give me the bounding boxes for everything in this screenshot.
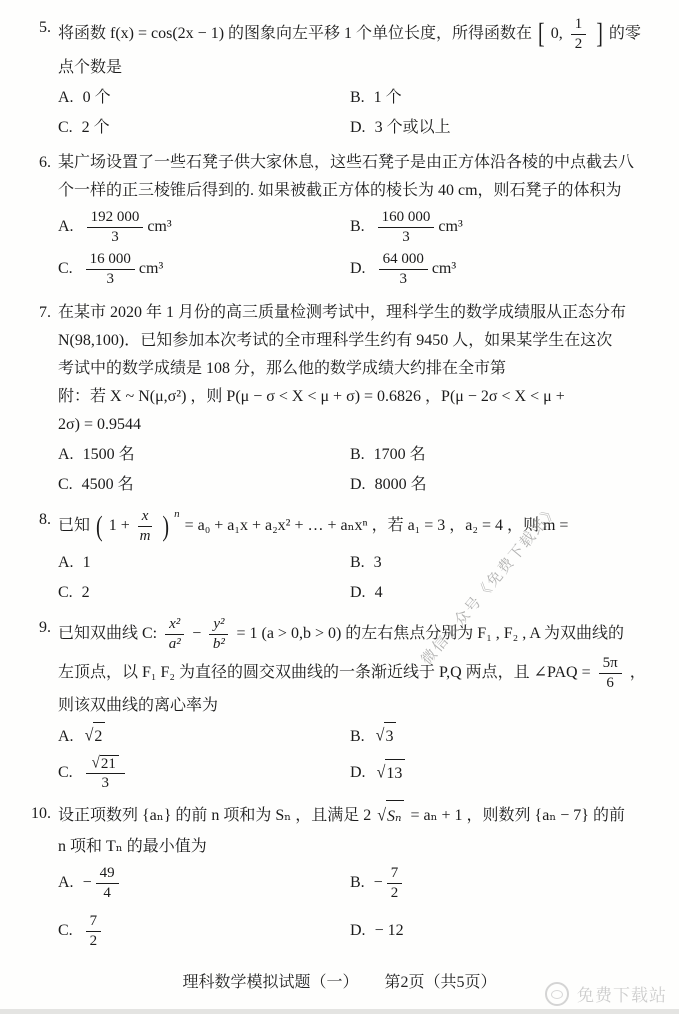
option-label: A. (58, 207, 74, 247)
fraction-numerator: 64 000 (379, 251, 428, 270)
fraction: 72 (86, 913, 102, 950)
question-text: 的零 (609, 25, 641, 42)
option-label: B. (350, 863, 365, 903)
question-8: 8. 已知 ( 1 + xm ) n = a₀ + a₁x + a₂x² + …… (24, 506, 663, 607)
option-label: A. (58, 441, 74, 469)
option-label: B. (350, 84, 365, 112)
option-unit: cm³ (432, 249, 456, 289)
question-text-line: 附：若 X ~ N(μ,σ²) ，则 P(μ − σ < X < μ + σ) … (58, 383, 663, 411)
fraction-numerator: 1 (571, 16, 587, 35)
option-label: C. (58, 471, 73, 499)
question-text: 设正项数列 {aₙ} 的前 n 项和为 Sₙ ，且满足 2 (58, 808, 371, 825)
fraction-numerator: 49 (96, 865, 119, 884)
option-text: 2 (82, 579, 90, 607)
interval-left: 0, (551, 25, 563, 42)
option-text: 1 个 (374, 84, 402, 112)
fraction-numerator: 7 (387, 865, 403, 884)
option-text: 8000 名 (375, 471, 427, 499)
radicand: 21 (100, 755, 119, 773)
option-c: C.4500 名 (58, 471, 350, 499)
fraction-denominator: 2 (575, 35, 583, 53)
fraction: √213 (86, 755, 125, 793)
fraction: y²b² (209, 616, 228, 653)
radical-sign: √ (376, 721, 385, 751)
download-site-logo-icon (545, 982, 569, 1006)
question-text: = a₀ + a₁x + a₂x² + … + aₙxⁿ ，若 a₁ = 3 ，… (185, 517, 569, 534)
fraction-denominator: 3 (111, 228, 119, 246)
minus-sign: − (192, 625, 201, 642)
option-label: C. (58, 249, 73, 289)
corner-logo: 免费下载站 (545, 981, 667, 1006)
paren-open: ( (96, 498, 103, 556)
question-text: = 1 (a > 0,b > 0) 的左右焦点分别为 F₁ , F₂ , A 为… (236, 625, 624, 642)
question-text-line: 考试中的数学成绩是 108 分，那么他的数学成绩大约排在全市第 (58, 355, 663, 383)
fraction: 192 0003 (87, 209, 144, 246)
minus-sign: − (83, 863, 92, 903)
option-text: 1700 名 (374, 441, 426, 469)
option-b: B.√3 (350, 722, 663, 751)
option-c: C.16 0003cm³ (58, 249, 350, 289)
fraction: 12 (571, 16, 587, 53)
question-text-line: 个一样的正三棱锥后得到的. 如果被截正方体的棱长为 40 cm，则石凳子的体积为 (58, 177, 663, 205)
options: A.−494 B.−72 C.72 D.− 12 (58, 863, 663, 951)
option-b: B.1700 名 (350, 441, 663, 469)
question-10: 10. 设正项数列 {aₙ} 的前 n 项和为 Sₙ ，且满足 2 √Sₙ = … (24, 800, 663, 951)
question-text-line: 则该双曲线的离心率为 (58, 692, 663, 720)
question-number: 8. (24, 506, 58, 607)
option-label: B. (350, 207, 365, 247)
option-text: 2 个 (82, 114, 110, 142)
question-text: 左顶点，以 F₁ F₂ 为直径的圆交双曲线的一条渐近线于 P,Q 两点，且 ∠P… (58, 664, 591, 681)
fraction-numerator: √21 (86, 755, 125, 775)
question-number: 5. (24, 14, 58, 142)
radical: √Sₙ (377, 800, 404, 833)
paren-close: ) (162, 498, 169, 556)
question-text: 已知双曲线 C: (58, 625, 157, 642)
options: A.192 0003cm³ B.160 0003cm³ C.16 0003cm³… (58, 207, 663, 289)
option-text: 1 (83, 549, 91, 577)
option-b: B.160 0003cm³ (350, 207, 663, 247)
fraction-numerator: 7 (86, 913, 102, 932)
fraction-denominator: 3 (402, 228, 410, 246)
fraction-numerator: y² (209, 616, 228, 635)
option-d: D.8000 名 (350, 471, 663, 499)
fraction-denominator: 3 (107, 270, 115, 288)
option-label: D. (350, 759, 366, 787)
fraction-denominator: 2 (391, 884, 399, 902)
option-label: A. (58, 723, 74, 751)
radical: √2 (85, 722, 106, 751)
fraction: 64 0003 (379, 251, 428, 288)
question-text: 将函数 f(x) = cos(2x − 1) 的图象向左平移 1 个单位长度，所… (58, 25, 532, 42)
fraction-denominator: a² (169, 635, 181, 653)
footer-page-number: 第2页（共5页） (385, 969, 497, 992)
fraction-numerator: 192 000 (87, 209, 144, 228)
option-label: D. (350, 911, 366, 951)
option-unit: cm³ (139, 249, 163, 289)
radical: √13 (377, 759, 406, 788)
options: A.0 个 B.1 个 C.2 个 D.3 个或以上 (58, 84, 663, 142)
question-7: 7. 在某市 2020 年 1 月份的高三质量检测考试中，理科学生的数学成绩服从… (24, 299, 663, 499)
option-d: D.3 个或以上 (350, 114, 663, 142)
option-b: B.3 (350, 549, 663, 577)
option-a: A.192 0003cm³ (58, 207, 350, 247)
fraction-numerator: x (138, 508, 153, 527)
option-text: 3 个或以上 (375, 114, 451, 142)
option-label: C. (58, 579, 73, 607)
option-text: 3 (374, 549, 382, 577)
radicand: 13 (385, 759, 405, 788)
fraction-denominator: 2 (90, 932, 98, 950)
question-5: 5. 将函数 f(x) = cos(2x − 1) 的图象向左平移 1 个单位长… (24, 14, 663, 142)
fraction: 160 0003 (378, 209, 435, 246)
option-label: D. (350, 471, 366, 499)
question-text-line: 已知双曲线 C: x²a² − y²b² = 1 (a > 0,b > 0) 的… (58, 614, 663, 654)
option-d: D.4 (350, 579, 663, 607)
question-text-line: N(98,100)．已知参加本次考试的全市理科学生约有 9450 人，如果某学生… (58, 327, 663, 355)
option-c: C.√213 (58, 753, 350, 793)
question-text-line: 左顶点，以 F₁ F₂ 为直径的圆交双曲线的一条渐近线于 P,Q 两点，且 ∠P… (58, 654, 663, 692)
option-a: A.√2 (58, 722, 350, 751)
fraction-denominator: m (140, 527, 151, 545)
option-label: C. (58, 114, 73, 142)
option-label: C. (58, 911, 73, 951)
option-label: D. (350, 579, 366, 607)
question-text-line: 设正项数列 {aₙ} 的前 n 项和为 Sₙ ，且满足 2 √Sₙ = aₙ +… (58, 800, 663, 833)
radicand: Sₙ (386, 800, 404, 833)
question-text: 已知 (58, 517, 90, 534)
option-d: D.64 0003cm³ (350, 249, 663, 289)
option-label: D. (350, 114, 366, 142)
question-number: 10. (24, 800, 58, 951)
question-number: 9. (24, 614, 58, 793)
footer-title: 理科数学模拟试题（一） (182, 969, 358, 992)
fraction-numerator: 160 000 (378, 209, 435, 228)
option-label: D. (350, 249, 366, 289)
option-label: A. (58, 84, 74, 112)
option-a: A.1500 名 (58, 441, 350, 469)
radicand: 2 (93, 722, 105, 751)
option-d: D.− 12 (350, 911, 663, 951)
option-label: C. (58, 753, 73, 793)
fraction: xm (138, 508, 153, 545)
question-text: ， (630, 664, 646, 681)
radical-sign: √ (377, 799, 386, 834)
fraction: 16 0003 (86, 251, 135, 288)
option-a: A.0 个 (58, 84, 350, 112)
option-label: A. (58, 549, 74, 577)
fraction-denominator: 3 (102, 774, 110, 792)
exponent: n (174, 508, 180, 520)
fraction-numerator: x² (165, 616, 184, 635)
question-text: = aₙ + 1 ，则数列 {aₙ − 7} 的前 (410, 808, 624, 825)
question-6: 6. 某广场设置了一些石凳子供大家休息，这些石凳子是由正方体沿各棱的中点截去八 … (24, 149, 663, 289)
corner-logo-text: 免费下载站 (577, 981, 667, 1006)
option-text: 1500 名 (83, 441, 135, 469)
option-b: B.−72 (350, 863, 663, 903)
option-a: A.−494 (58, 863, 350, 903)
radical: √21 (92, 755, 119, 773)
fraction: 5π6 (599, 655, 622, 692)
bracket-close: ] (596, 5, 603, 63)
question-text-line: 将函数 f(x) = cos(2x − 1) 的图象向左平移 1 个单位长度，所… (58, 14, 663, 54)
options: A.√2 B.√3 C.√213 D.√13 (58, 722, 663, 793)
scan-edge-strip (0, 1009, 679, 1014)
options: A.1500 名 B.1700 名 C.4500 名 D.8000 名 (58, 441, 663, 499)
option-unit: cm³ (438, 207, 462, 247)
option-text: − 12 (375, 911, 404, 951)
option-d: D.√13 (350, 753, 663, 793)
question-text-line: 已知 ( 1 + xm ) n = a₀ + a₁x + a₂x² + … + … (58, 506, 663, 547)
question-text-line: 在某市 2020 年 1 月份的高三质量检测考试中，理科学生的数学成绩服从正态分… (58, 299, 663, 327)
option-text: 4500 名 (82, 471, 134, 499)
radical: √3 (376, 722, 397, 751)
fraction: x²a² (165, 616, 184, 653)
question-text-line: n 项和 Tₙ 的最小值为 (58, 833, 663, 861)
fraction: 494 (96, 865, 119, 902)
fraction-denominator: 3 (399, 270, 407, 288)
exam-page: 5. 将函数 f(x) = cos(2x − 1) 的图象向左平移 1 个单位长… (0, 0, 679, 1014)
option-label: B. (350, 723, 365, 751)
fraction-numerator: 5π (599, 655, 622, 674)
option-c: C.72 (58, 911, 350, 951)
option-c: C.2 个 (58, 114, 350, 142)
radical-sign: √ (92, 754, 100, 772)
minus-sign: − (374, 863, 383, 903)
option-b: B.1 个 (350, 84, 663, 112)
option-text: 0 个 (83, 84, 111, 112)
question-text-line: 2σ) = 0.9544 (58, 411, 663, 439)
option-label: B. (350, 549, 365, 577)
question-text-line: 点个数是 (58, 54, 663, 82)
binomial-left: 1 + (109, 517, 130, 534)
option-label: B. (350, 441, 365, 469)
option-unit: cm³ (147, 207, 171, 247)
radicand: 3 (384, 722, 396, 751)
options: A.1 B.3 C.2 D.4 (58, 549, 663, 607)
question-number: 6. (24, 149, 58, 289)
radical-sign: √ (377, 758, 386, 788)
option-c: C.2 (58, 579, 350, 607)
radical-sign: √ (85, 721, 94, 751)
fraction-denominator: b² (213, 635, 225, 653)
question-9: 9. 已知双曲线 C: x²a² − y²b² = 1 (a > 0,b > 0… (24, 614, 663, 793)
fraction: 72 (387, 865, 403, 902)
fraction-denominator: 6 (606, 674, 614, 692)
question-number: 7. (24, 299, 58, 499)
option-label: A. (58, 863, 74, 903)
question-text-line: 某广场设置了一些石凳子供大家休息，这些石凳子是由正方体沿各棱的中点截去八 (58, 149, 663, 177)
fraction-denominator: 4 (103, 884, 111, 902)
bracket-open: [ (538, 5, 545, 63)
option-text: 4 (375, 579, 383, 607)
fraction-numerator: 16 000 (86, 251, 135, 270)
